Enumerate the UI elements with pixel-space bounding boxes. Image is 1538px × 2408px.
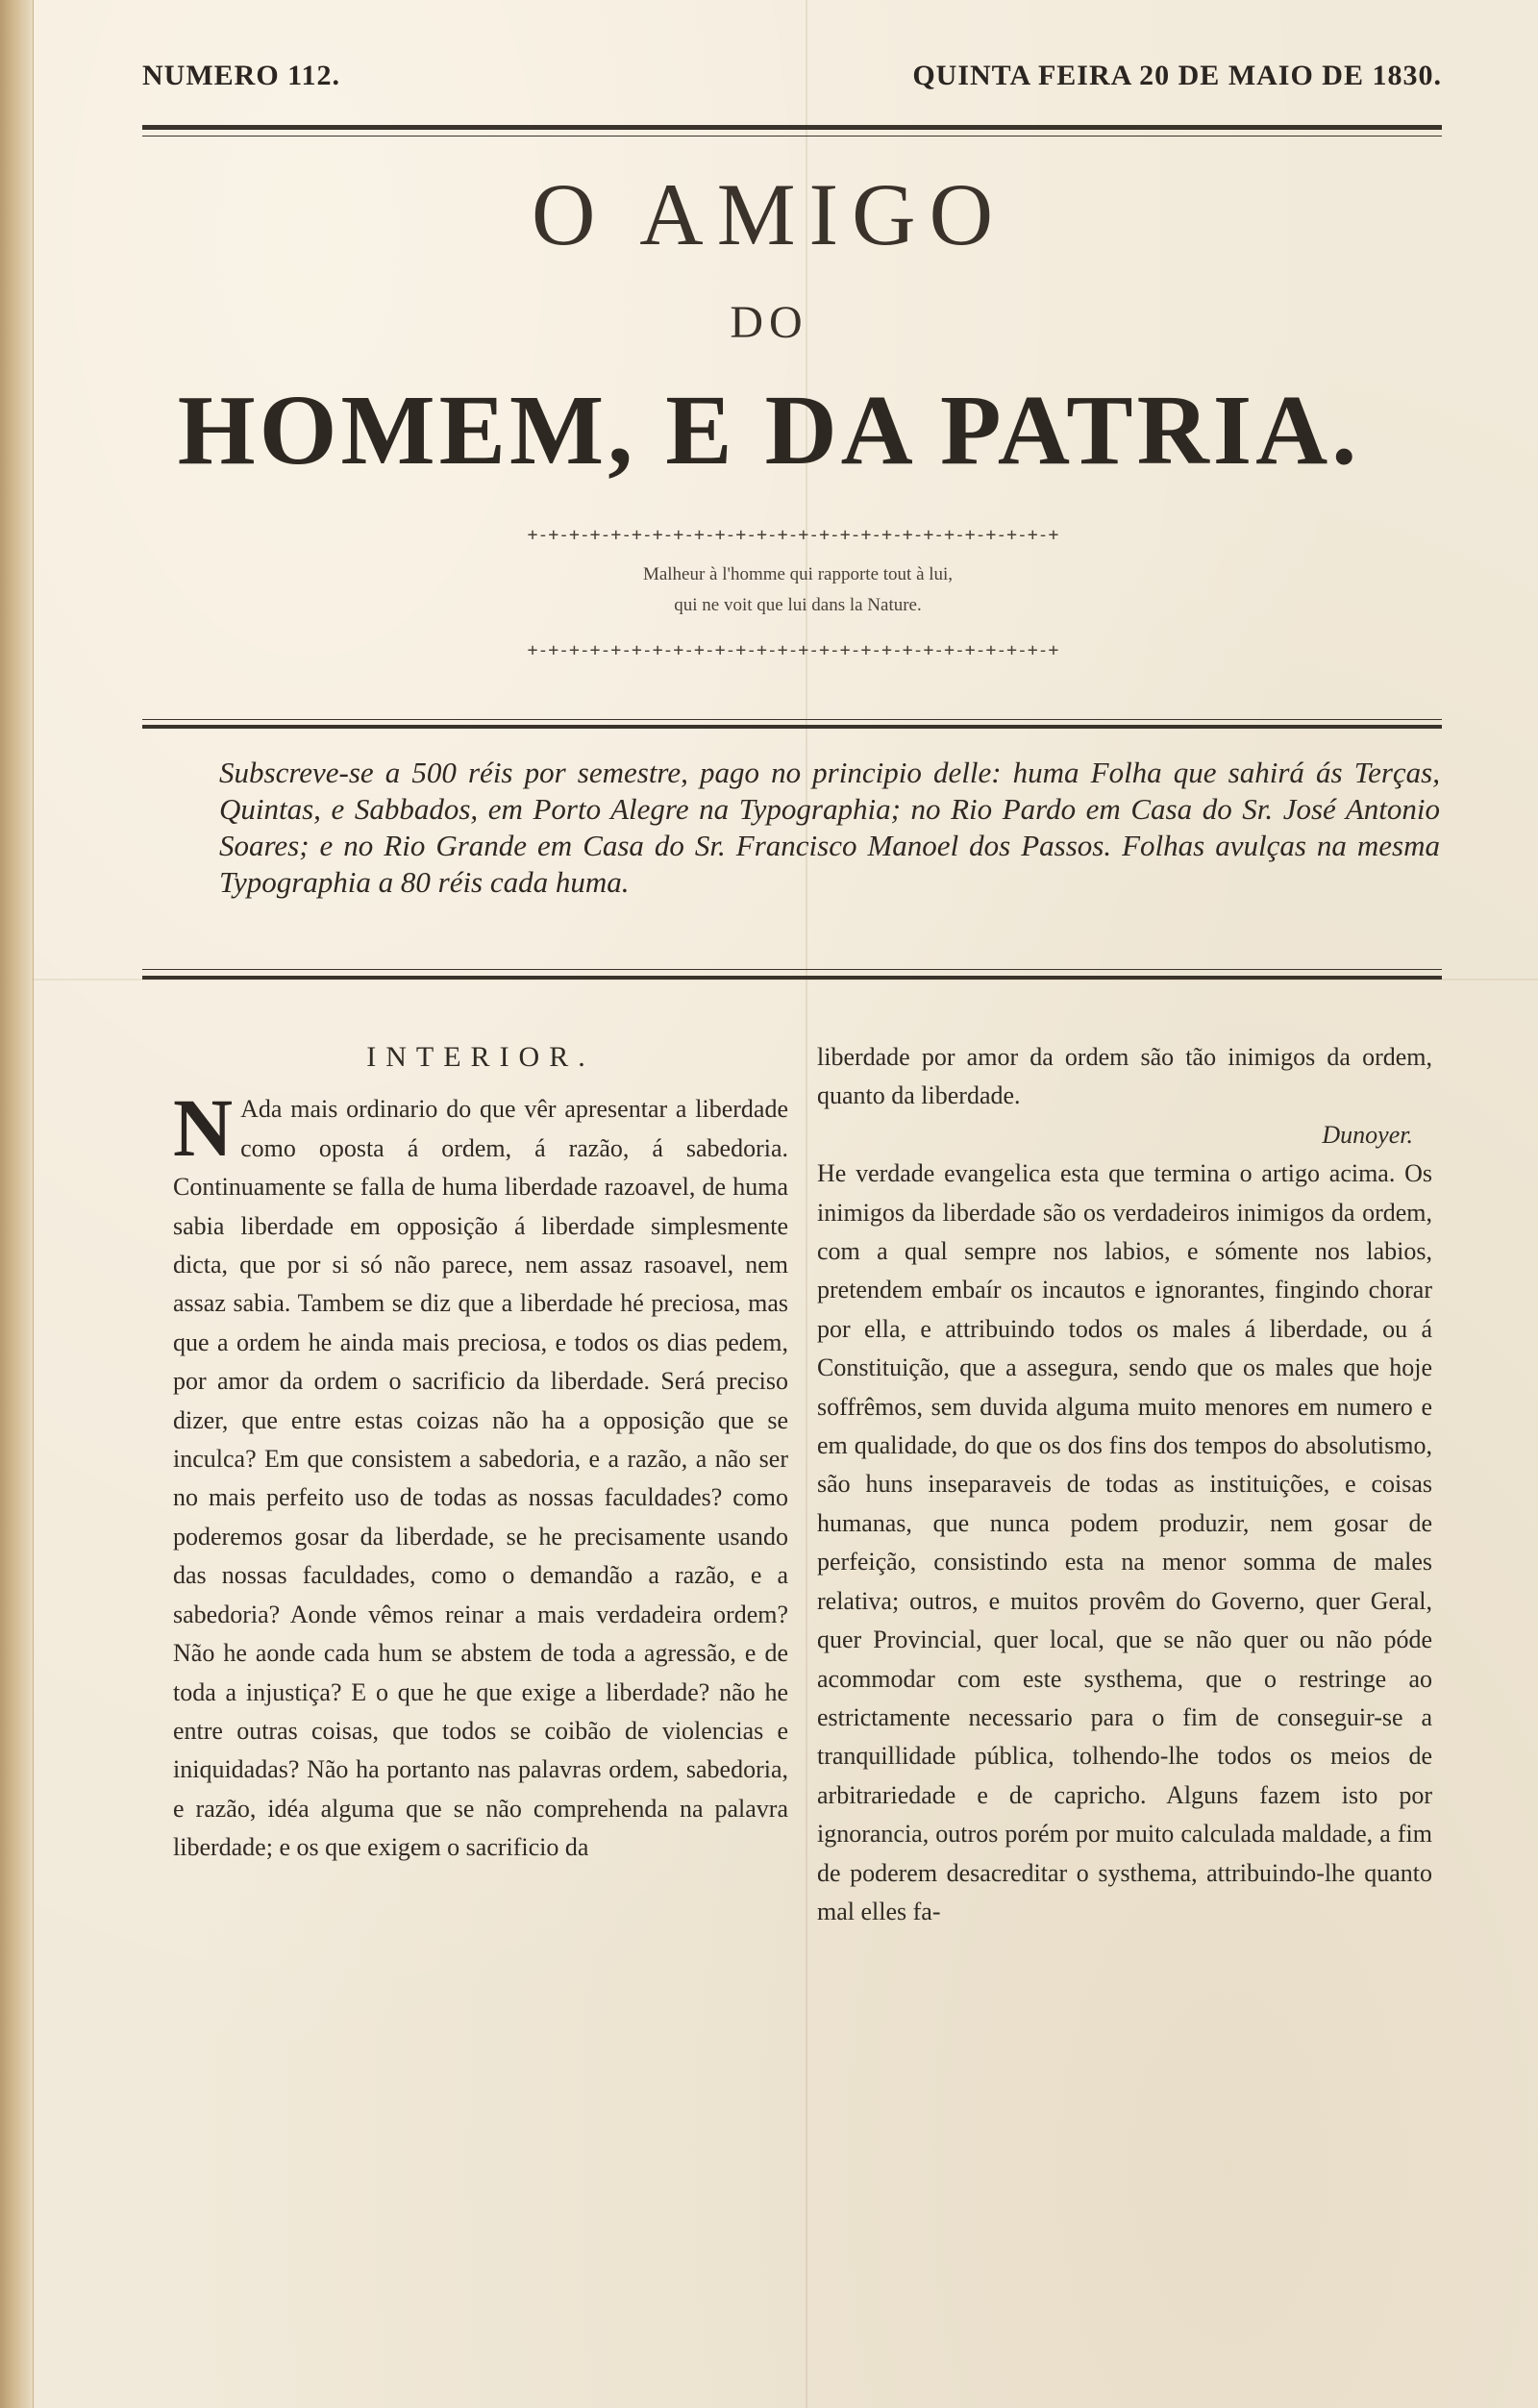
issue-header: NUMERO 112. QUINTA FEIRA 20 DE MAIO DE 1… <box>142 60 1442 92</box>
drop-cap: N <box>173 1094 233 1161</box>
masthead-title-line1: O AMIGO <box>0 163 1538 265</box>
issue-date: QUINTA FEIRA 20 DE MAIO DE 1830. <box>912 60 1442 92</box>
masthead-rule-thin <box>142 719 1442 720</box>
author-signature: Dunoyer. <box>817 1116 1432 1154</box>
header-rule-thin <box>142 136 1442 137</box>
article-column-left: INTERIOR. N Ada mais ordinario do que vê… <box>173 1038 788 1868</box>
masthead-rule-thick <box>142 725 1442 729</box>
masthead-title-line3: HOMEM, E DA PATRIA. <box>0 373 1538 487</box>
body-rule-thin <box>142 969 1442 970</box>
masthead-title-line2: DO <box>0 296 1538 349</box>
issue-number: NUMERO 112. <box>142 60 340 92</box>
article-paragraph-right: He verdade evangelica esta que termina o… <box>817 1154 1432 1931</box>
article-paragraph: Ada mais ordinario do que vêr apresentar… <box>173 1090 788 1867</box>
subscription-notice: Subscreve-se a 500 réis por semestre, pa… <box>219 755 1440 901</box>
newspaper-page: NUMERO 112. QUINTA FEIRA 20 DE MAIO DE 1… <box>0 0 1538 2408</box>
epigraph: Malheur à l'homme qui rapporte tout à lu… <box>500 559 1096 621</box>
quote-continuation: liberdade por amor da ordem são tão inim… <box>817 1038 1432 1116</box>
article-column-right: liberdade por amor da ordem são tão inim… <box>817 1038 1432 1931</box>
ornament-cross-row-bottom: +-+-+-+-+-+-+-+-+-+-+-+-+-+-+-+-+-+-+-+-… <box>524 640 1062 660</box>
epigraph-line1: Malheur à l'homme qui rapporte tout à lu… <box>500 559 1096 590</box>
epigraph-line2: qui ne voit que lui dans la Nature. <box>500 590 1096 621</box>
ornament-cross-row-top: +-+-+-+-+-+-+-+-+-+-+-+-+-+-+-+-+-+-+-+-… <box>524 525 1062 545</box>
header-rule-thick <box>142 125 1442 130</box>
section-title: INTERIOR. <box>173 1038 788 1077</box>
fold-line-vertical <box>806 0 807 2408</box>
binding-edge <box>0 0 34 2408</box>
body-rule-thick <box>142 976 1442 980</box>
